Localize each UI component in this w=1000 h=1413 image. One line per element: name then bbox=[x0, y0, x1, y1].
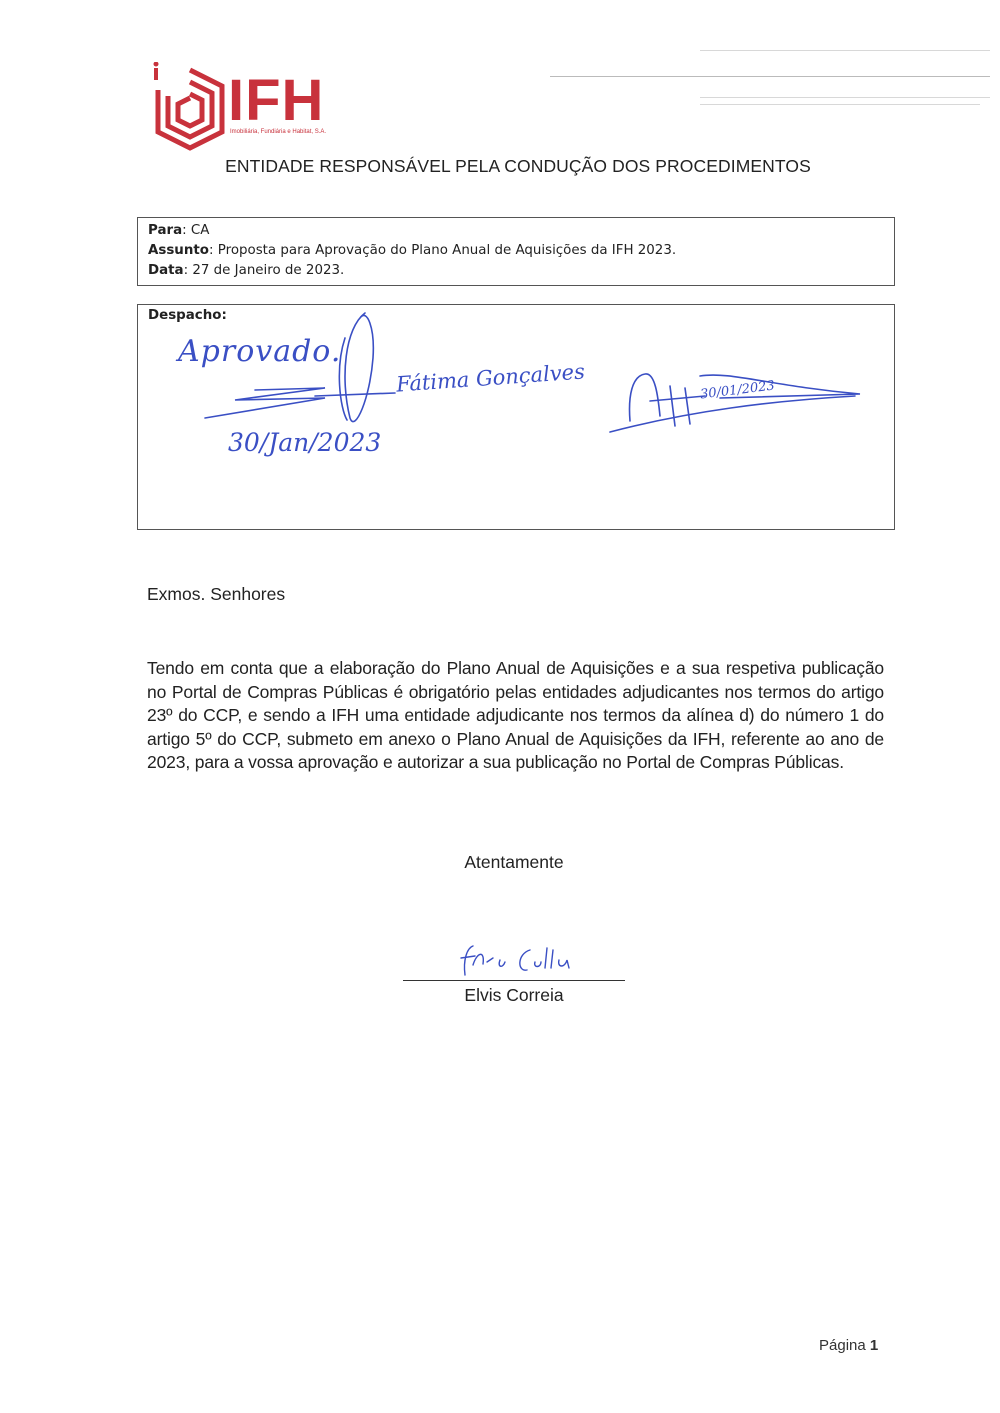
memo-to-label: Para bbox=[148, 223, 182, 238]
memo-to-row: Para: CA bbox=[148, 221, 884, 241]
memo-subject-row: Assunto: Proposta para Aprovação do Plan… bbox=[148, 241, 884, 261]
first-signature-icon bbox=[195, 308, 395, 433]
letter-greeting: Exmos. Senhores bbox=[147, 584, 285, 605]
page-label: Página bbox=[819, 1337, 866, 1354]
colon: : bbox=[209, 243, 218, 258]
signer-signature-icon bbox=[455, 940, 575, 980]
scan-artifact bbox=[700, 97, 990, 98]
document-heading: ENTIDADE RESPONSÁVEL PELA CONDUÇÃO DOS P… bbox=[0, 156, 1000, 177]
scan-artifact bbox=[550, 76, 990, 77]
memo-date-label: Data bbox=[148, 263, 184, 278]
colon: : bbox=[182, 223, 191, 238]
signature-line bbox=[403, 980, 625, 981]
letter-closing: Atentamente bbox=[0, 852, 1000, 873]
memo-subject-label: Assunto bbox=[148, 243, 209, 258]
second-signature-icon bbox=[610, 366, 865, 436]
memo-subject-value: Proposta para Aprovação do Plano Anual d… bbox=[218, 243, 676, 258]
signer-name: Elvis Correia bbox=[0, 985, 1000, 1006]
memo-info-box: Para: CA Assunto: Proposta para Aprovaçã… bbox=[137, 217, 895, 286]
letter-body: Tendo em conta que a elaboração do Plano… bbox=[147, 657, 884, 775]
page-number: Página 1 bbox=[819, 1337, 878, 1354]
logo-subtitle: Imobiliária, Fundiária e Habitat, S.A. bbox=[230, 129, 326, 135]
memo-date-value: 27 de Janeiro de 2023. bbox=[192, 263, 344, 278]
logo-text: IFH bbox=[228, 72, 324, 130]
scan-artifact bbox=[700, 104, 980, 105]
page-number-value: 1 bbox=[870, 1337, 878, 1354]
memo-to-value: CA bbox=[191, 223, 210, 238]
memo-date-row: Data: 27 de Janeiro de 2023. bbox=[148, 261, 884, 281]
scan-artifact bbox=[700, 50, 990, 51]
